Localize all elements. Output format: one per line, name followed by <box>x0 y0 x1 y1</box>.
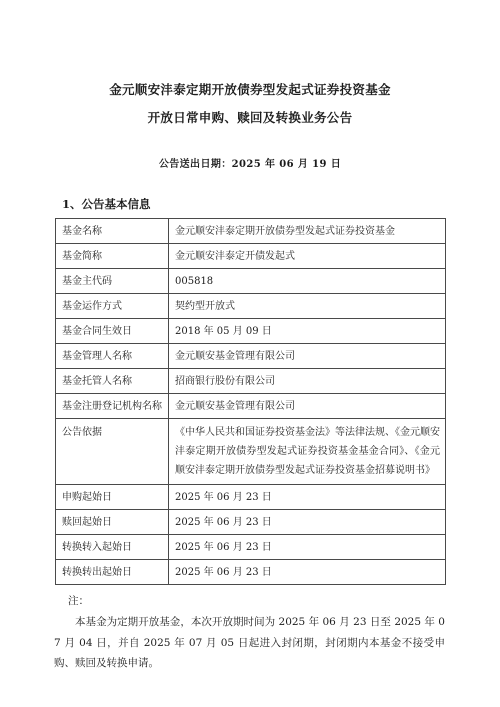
row-value: 招商银行股份有限公司 <box>169 369 446 394</box>
row-label: 转换转出起始日 <box>56 560 169 585</box>
table-row: 基金简称 金元顺安沣泰定开债发起式 <box>56 244 446 269</box>
fund-info-table: 基金名称 金元顺安沣泰定期开放债券型发起式证券投资基金 基金简称 金元顺安沣泰定… <box>55 218 446 585</box>
table-row: 基金名称 金元顺安沣泰定期开放债券型发起式证券投资基金 <box>56 219 446 244</box>
announcement-page: 金元顺安沣泰定期开放债券型发起式证券投资基金 开放日常申购、赎回及转换业务公告 … <box>0 0 500 674</box>
table-row: 赎回起始日 2025 年 06 月 23 日 <box>56 510 446 535</box>
table-row: 公告依据 《中华人民共和国证券投资基金法》等法律法规、《金元顺安沣泰定期开放债券… <box>56 419 446 485</box>
table-row: 基金注册登记机构名称 金元顺安基金管理有限公司 <box>56 394 446 419</box>
note-paragraph: 本基金为定期开放基金，本次开放期时间为 2025 年 06 月 23 日至 20… <box>54 612 445 674</box>
table-row: 基金管理人名称 金元顺安基金管理有限公司 <box>56 344 446 369</box>
table-row: 申购起始日 2025 年 06 月 23 日 <box>56 485 446 510</box>
row-value: 005818 <box>169 269 446 294</box>
row-value: 金元顺安沣泰定期开放债券型发起式证券投资基金 <box>169 219 446 244</box>
table-row: 基金合同生效日 2018 年 05 月 09 日 <box>56 319 446 344</box>
row-label: 基金简称 <box>56 244 169 269</box>
row-value: 2025 年 06 月 23 日 <box>169 560 446 585</box>
row-label: 赎回起始日 <box>56 510 169 535</box>
doc-title-line1: 金元顺安沣泰定期开放债券型发起式证券投资基金 <box>30 82 470 98</box>
row-value: 契约型开放式 <box>169 294 446 319</box>
row-label: 基金注册登记机构名称 <box>56 394 169 419</box>
row-label: 转换转入起始日 <box>56 535 169 560</box>
publish-date: 公告送出日期：2025 年 06 月 19 日 <box>0 155 500 170</box>
row-value: 金元顺安沣泰定开债发起式 <box>169 244 446 269</box>
note-label: 注： <box>68 593 500 608</box>
row-label: 基金名称 <box>56 219 169 244</box>
row-value: 2018 年 05 月 09 日 <box>169 319 446 344</box>
table-row: 基金托管人名称 招商银行股份有限公司 <box>56 369 446 394</box>
row-value: 2025 年 06 月 23 日 <box>169 510 446 535</box>
table-row: 基金运作方式 契约型开放式 <box>56 294 446 319</box>
row-label: 基金运作方式 <box>56 294 169 319</box>
row-value: 《中华人民共和国证券投资基金法》等法律法规、《金元顺安沣泰定期开放债券型发起式证… <box>169 419 446 485</box>
row-value: 金元顺安基金管理有限公司 <box>169 344 446 369</box>
row-label: 公告依据 <box>56 419 169 485</box>
row-label: 基金托管人名称 <box>56 369 169 394</box>
row-label: 基金主代码 <box>56 269 169 294</box>
row-label: 基金管理人名称 <box>56 344 169 369</box>
row-value: 2025 年 06 月 23 日 <box>169 485 446 510</box>
row-value: 2025 年 06 月 23 日 <box>169 535 446 560</box>
table-row: 转换转出起始日 2025 年 06 月 23 日 <box>56 560 446 585</box>
row-label: 基金合同生效日 <box>56 319 169 344</box>
table-row: 转换转入起始日 2025 年 06 月 23 日 <box>56 535 446 560</box>
section-heading: 1、公告基本信息 <box>62 196 500 212</box>
row-value: 金元顺安基金管理有限公司 <box>169 394 446 419</box>
row-label: 申购起始日 <box>56 485 169 510</box>
table-row: 基金主代码 005818 <box>56 269 446 294</box>
doc-title-line2: 开放日常申购、赎回及转换业务公告 <box>30 110 470 126</box>
